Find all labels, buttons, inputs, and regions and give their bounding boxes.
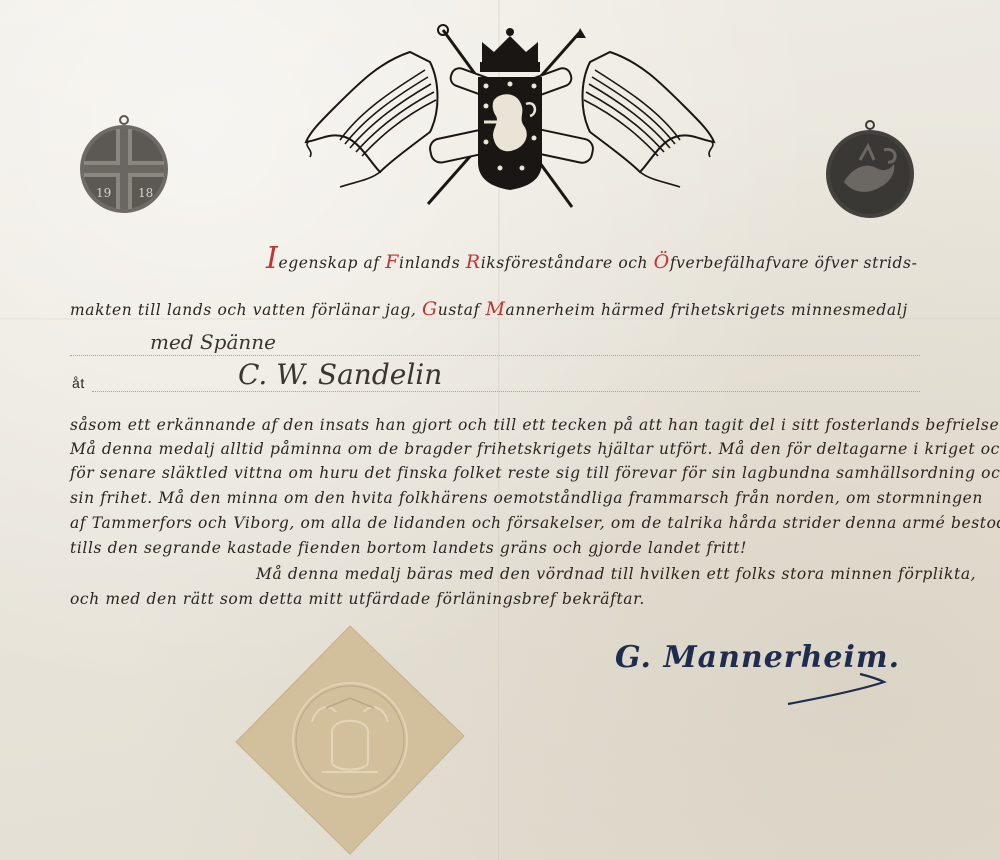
opening-line-1: Iegenskap af Finlands Riksföreståndare o… (266, 244, 917, 274)
embossed-seal-icon (232, 622, 468, 858)
body-line-1: såsom ett erkännande af den insats han g… (70, 416, 1000, 434)
svg-text:18: 18 (138, 186, 153, 200)
coat-of-arms-icon (300, 22, 720, 217)
certificate-sheet: 19 18 Iegenskap af Finlands Riksförestån… (0, 0, 1000, 860)
signature-flourish-icon (780, 668, 890, 708)
body-line-3: för senare släktled vittna om huru det f… (70, 464, 1000, 482)
lion-medal-icon (824, 120, 916, 220)
svg-text:19: 19 (96, 186, 111, 200)
clasp-handwritten-value: med Spänne (150, 330, 276, 354)
liberty-cross-medal-icon: 19 18 (78, 115, 170, 215)
body-line-4: sin frihet. Må den minna om den hvita fo… (70, 489, 983, 507)
opening-line-2: makten till lands och vatten förlänar ja… (70, 298, 908, 320)
recipient-label: åt (72, 375, 85, 391)
body-line-6: tills den segrande kastade fienden borto… (70, 539, 747, 557)
recipient-handwritten-name: C. W. Sandelin (238, 358, 442, 391)
closing-line-1: Må denna medalj bäras med den vördnad ti… (256, 565, 976, 583)
fill-line-recipient (92, 390, 920, 392)
body-line-5: af Tammerfors och Viborg, om alla de lid… (70, 514, 1000, 532)
fill-line-clasp (70, 354, 920, 356)
body-line-2: Må denna medalj alltid påminna om de bra… (70, 440, 1000, 458)
closing-line-2: och med den rätt som detta mitt utfärdad… (70, 590, 645, 608)
